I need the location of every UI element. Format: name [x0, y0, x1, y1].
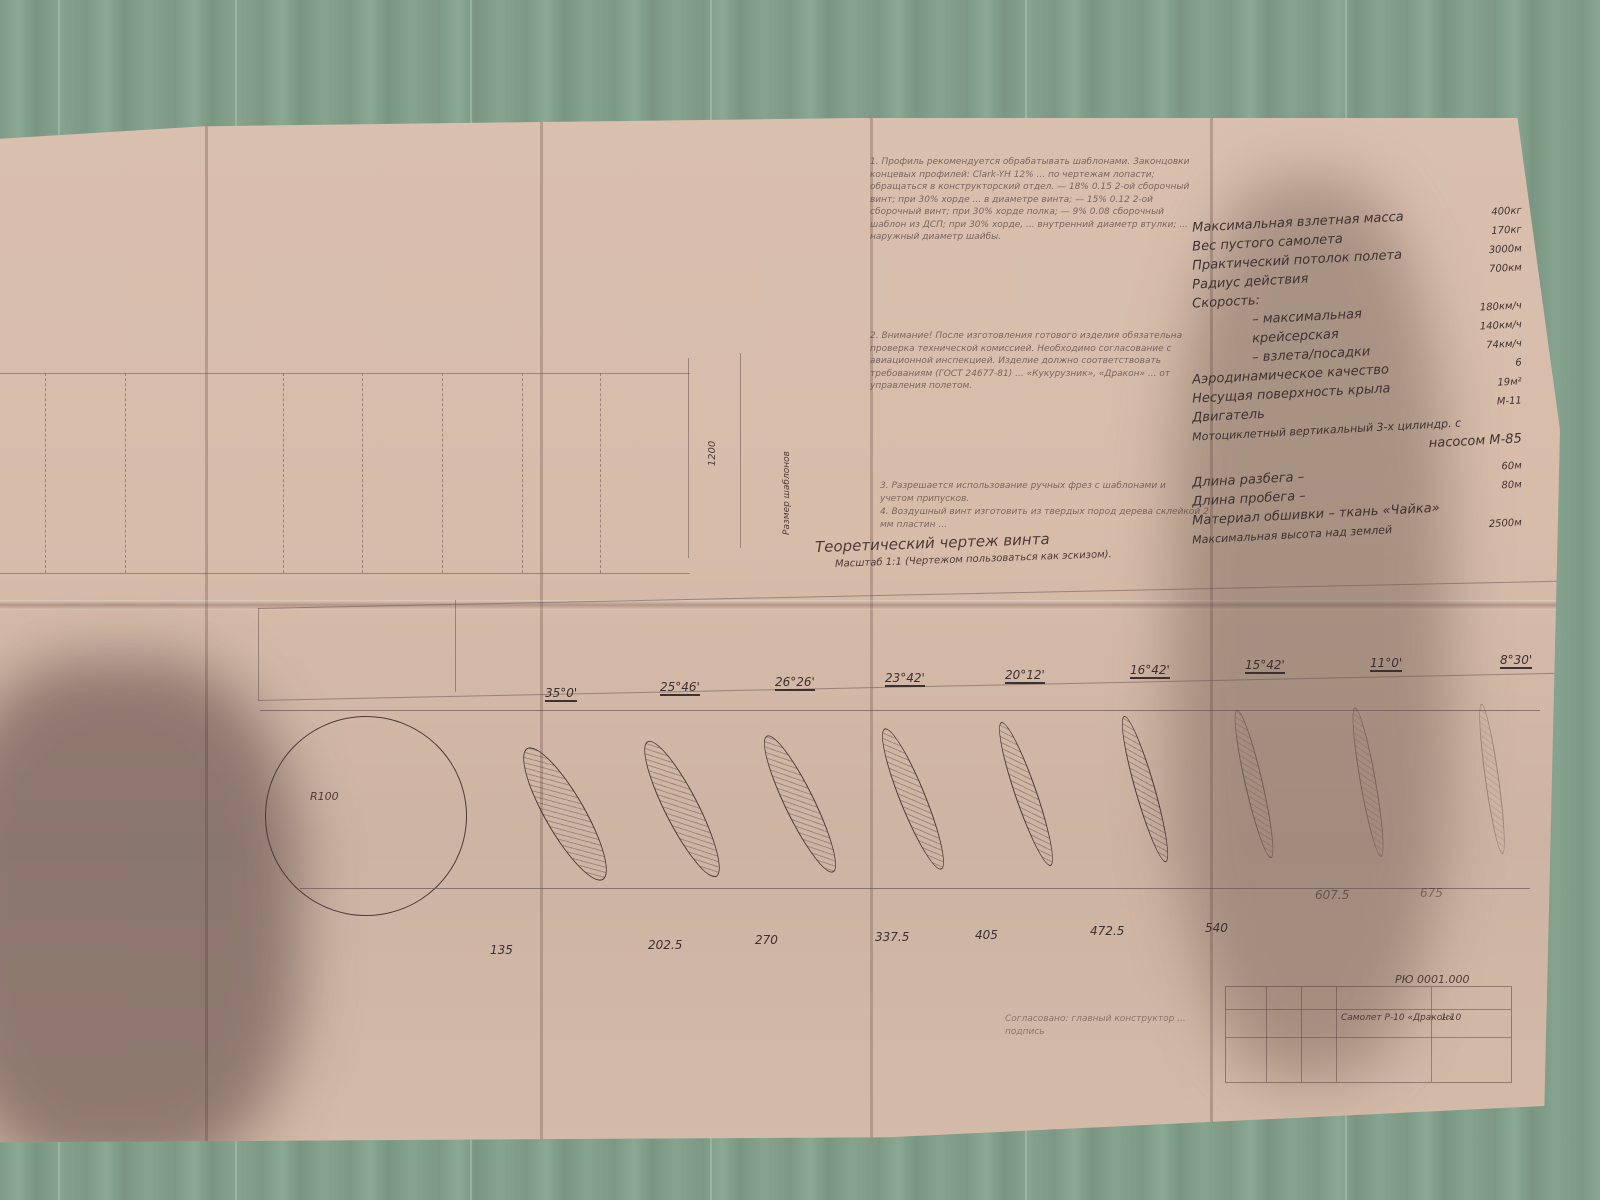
hub-circle: [265, 716, 467, 916]
title-block: Самолет Р-10 «Дракон» 1:10: [1225, 986, 1512, 1083]
title-block-scale: 1:10: [1441, 1013, 1461, 1023]
section-angle: 15°42': [1245, 658, 1285, 674]
section-angle: 8°30': [1500, 653, 1532, 669]
vertical-dimension-caption: Размер шаблонов: [782, 451, 792, 535]
station-dimension: 135: [490, 943, 513, 957]
station-dimension: 337.5: [875, 930, 909, 944]
notes-block-4: 4. Воздушный винт изготовить из твердых …: [880, 506, 1210, 531]
spec-value: 6: [1515, 353, 1522, 372]
specifications-list: Максимальная взлетная масса400кг Вес пус…: [1192, 210, 1522, 541]
spec-value: 3000м: [1488, 239, 1522, 260]
fold-line: [540, 118, 543, 1158]
spec-value: 60м: [1501, 456, 1522, 476]
notes-block-2: 2. Внимание! После изготовления готового…: [870, 330, 1190, 393]
spec-value: 700км: [1489, 258, 1523, 279]
fold-line: [870, 118, 873, 1158]
spec-value: 2500м: [1488, 513, 1522, 534]
section-angle: 26°26': [775, 675, 815, 691]
notes-block-3: 3. Разрешается использование ручных фрез…: [880, 480, 1180, 505]
station-dimension: 472.5: [1090, 924, 1124, 938]
blade-section: [1114, 713, 1175, 865]
section-angle: 35°0': [545, 686, 577, 702]
hand-shadow: [0, 658, 300, 1178]
blade-section: [632, 734, 731, 885]
spec-value: 140км/ч: [1479, 315, 1522, 336]
spec-value: 400кг: [1491, 201, 1522, 222]
notes-block-1: 1. Профиль рекомендуется обрабатывать ша…: [870, 156, 1190, 244]
blade-section: [991, 719, 1061, 870]
section-angle: 16°42': [1130, 663, 1170, 679]
station-dimension: 675: [1420, 886, 1443, 900]
section-angle: 20°12': [1005, 668, 1045, 684]
station-dimension: 607.5: [1315, 888, 1349, 902]
hub-label: R100: [310, 790, 339, 803]
blade-section: [753, 729, 847, 879]
station-dimension: 202.5: [648, 938, 682, 952]
spec-label: насосом М-85: [1428, 429, 1522, 453]
blade-section: [510, 738, 621, 890]
spec-value: 74км/ч: [1486, 334, 1523, 355]
title-block-name: Самолет Р-10 «Дракон»: [1341, 1013, 1454, 1023]
section-angle: 25°46': [660, 680, 700, 696]
spec-value: 180км/ч: [1479, 296, 1522, 317]
station-dimension: 540: [1205, 921, 1228, 935]
spec-value: 80м: [1501, 475, 1522, 495]
section-angle: 11°0': [1370, 656, 1402, 672]
spec-value: 19м²: [1497, 372, 1522, 392]
approval-stamp: Согласовано: главный конструктор ... под…: [1005, 1013, 1225, 1038]
spec-value: 170кг: [1491, 220, 1522, 241]
station-dimension: 270: [755, 933, 778, 947]
section-angle: 23°42': [885, 671, 925, 687]
spec-value: М-11: [1496, 391, 1522, 411]
blade-section: [1474, 703, 1509, 855]
blade-section: [872, 724, 953, 875]
drawing-number: РЮ 0001.000: [1395, 973, 1470, 986]
station-dimension: 405: [975, 928, 998, 942]
vertical-dimension: 1200: [707, 441, 718, 466]
